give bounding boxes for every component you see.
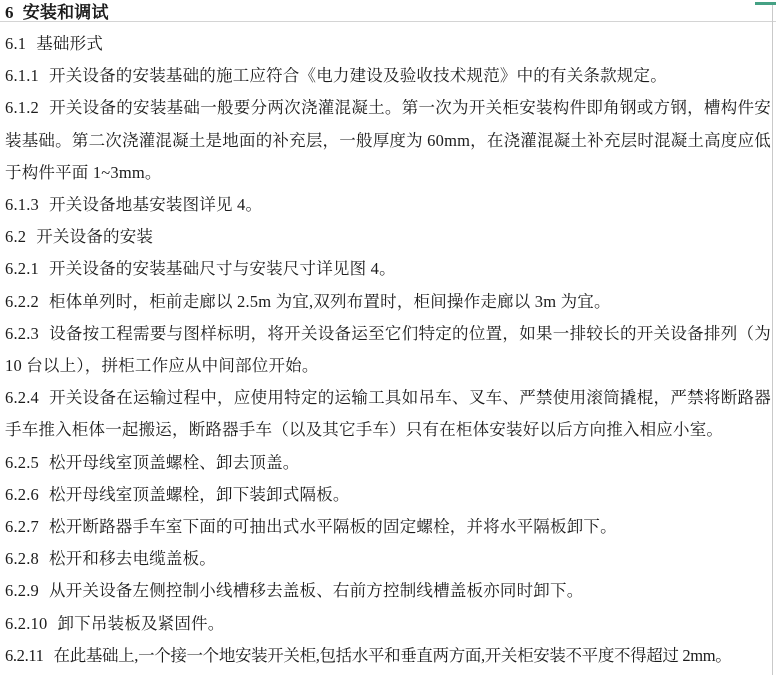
clause-number: 6.2.8: [5, 549, 39, 568]
clause-number: 6.1.3: [5, 195, 39, 214]
clause-number: 6.2.5: [5, 453, 39, 472]
clause-text: 卸下吊装板及紧固件。: [57, 614, 224, 633]
clause-text: 柜体单列时，柜前走廊以 2.5m 为宜,双列布置时，柜间操作走廊以 3m 为宜。: [49, 292, 611, 311]
clause-6-1-3: 6.1.3开关设备地基安装图详见 4。: [5, 189, 771, 221]
clause-6-2-8: 6.2.8松开和移去电缆盖板。: [5, 543, 771, 575]
clause-text: 开关设备在运输过程中，应使用特定的运输工具如吊车、叉车、严禁使用滚筒撬棍，严禁将…: [5, 388, 771, 439]
clause-6-2-2: 6.2.2柜体单列时，柜前走廊以 2.5m 为宜,双列布置时，柜间操作走廊以 3…: [5, 286, 771, 318]
clause-text: 开关设备地基安装图详见 4。: [49, 195, 262, 214]
clause-number: 6.2.9: [5, 581, 39, 600]
clause-text: 在此基础上,一个接一个地安装开关柜,包括水平和垂直两方面,开关柜安装不平度不得超…: [54, 646, 732, 665]
clause-6-2-5: 6.2.5松开母线室顶盖螺栓、卸去顶盖。: [5, 447, 771, 479]
clause-text: 开关设备的安装基础尺寸与安装尺寸详见图 4。: [49, 259, 396, 278]
clause-text: 松开和移去电缆盖板。: [49, 549, 216, 568]
clause-number: 6.2.3: [5, 324, 39, 343]
clause-text: 松开断路器手车室下面的可抽出式水平隔板的固定螺栓，并将水平隔板卸下。: [49, 517, 617, 536]
clause-number: 6.2.10: [5, 614, 47, 633]
clause-number: 6.2.7: [5, 517, 39, 536]
clause-number: 6.1.2: [5, 98, 39, 117]
clause-text: 设备按工程需要与图样标明，将开关设备运至它们特定的位置，如果一排较长的开关设备排…: [5, 324, 771, 375]
clause-number: 6.1: [5, 34, 26, 53]
clause-6-2: 6.2开关设备的安装: [5, 221, 771, 253]
clause-6-1: 6.1基础形式: [5, 28, 771, 60]
clause-number: 6.2.6: [5, 485, 39, 504]
clause-number: 6.2: [5, 227, 26, 246]
clause-6-2-10: 6.2.10卸下吊装板及紧固件。: [5, 608, 771, 640]
clause-text: 从开关设备左侧控制小线槽移去盖板、右前方控制线槽盖板亦同时卸下。: [49, 581, 583, 600]
clause-6-2-4: 6.2.4开关设备在运输过程中，应使用特定的运输工具如吊车、叉车、严禁使用滚筒撬…: [5, 382, 771, 446]
document-page: 6安装和调试 6.1基础形式 6.1.1开关设备的安装基础的施工应符合《电力建设…: [0, 0, 776, 672]
section-number: 6: [5, 3, 14, 22]
section-heading: 6安装和调试: [0, 0, 776, 22]
clause-number: 6.2.11: [5, 646, 44, 665]
clause-6-2-11: 6.2.11在此基础上,一个接一个地安装开关柜,包括水平和垂直两方面,开关柜安装…: [5, 640, 771, 672]
section-title: 安装和调试: [23, 3, 109, 22]
clause-number: 6.1.1: [5, 66, 39, 85]
clause-6-2-1: 6.2.1开关设备的安装基础尺寸与安装尺寸详见图 4。: [5, 253, 771, 285]
clause-6-2-3: 6.2.3设备按工程需要与图样标明，将开关设备运至它们特定的位置，如果一排较长的…: [5, 318, 771, 382]
clause-6-2-9: 6.2.9从开关设备左侧控制小线槽移去盖板、右前方控制线槽盖板亦同时卸下。: [5, 575, 771, 607]
clause-number: 6.2.2: [5, 292, 39, 311]
clause-text: 基础形式: [36, 34, 103, 53]
clause-6-1-2: 6.1.2开关设备的安装基础一般要分两次浇灌混凝土。第一次为开关柜安装构件即角钢…: [5, 92, 771, 189]
page-edge-line: [772, 3, 773, 675]
clause-text: 开关设备的安装基础的施工应符合《电力建设及验收技术规范》中的有关条款规定。: [49, 66, 667, 85]
clause-text: 开关设备的安装基础一般要分两次浇灌混凝土。第一次为开关柜安装构件即角钢或方钢，槽…: [5, 98, 771, 181]
clause-text: 开关设备的安装: [36, 227, 153, 246]
clause-number: 6.2.4: [5, 388, 39, 407]
clause-6-2-6: 6.2.6松开母线室顶盖螺栓，卸下装卸式隔板。: [5, 479, 771, 511]
table-border-accent: [755, 2, 776, 5]
document-body: 6.1基础形式 6.1.1开关设备的安装基础的施工应符合《电力建设及验收技术规范…: [5, 28, 771, 672]
clause-6-2-7: 6.2.7松开断路器手车室下面的可抽出式水平隔板的固定螺栓，并将水平隔板卸下。: [5, 511, 771, 543]
clause-number: 6.2.1: [5, 259, 39, 278]
clause-6-1-1: 6.1.1开关设备的安装基础的施工应符合《电力建设及验收技术规范》中的有关条款规…: [5, 60, 771, 92]
clause-text: 松开母线室顶盖螺栓，卸下装卸式隔板。: [49, 485, 350, 504]
clause-text: 松开母线室顶盖螺栓、卸去顶盖。: [49, 453, 300, 472]
heading-divider-line: [0, 21, 776, 22]
